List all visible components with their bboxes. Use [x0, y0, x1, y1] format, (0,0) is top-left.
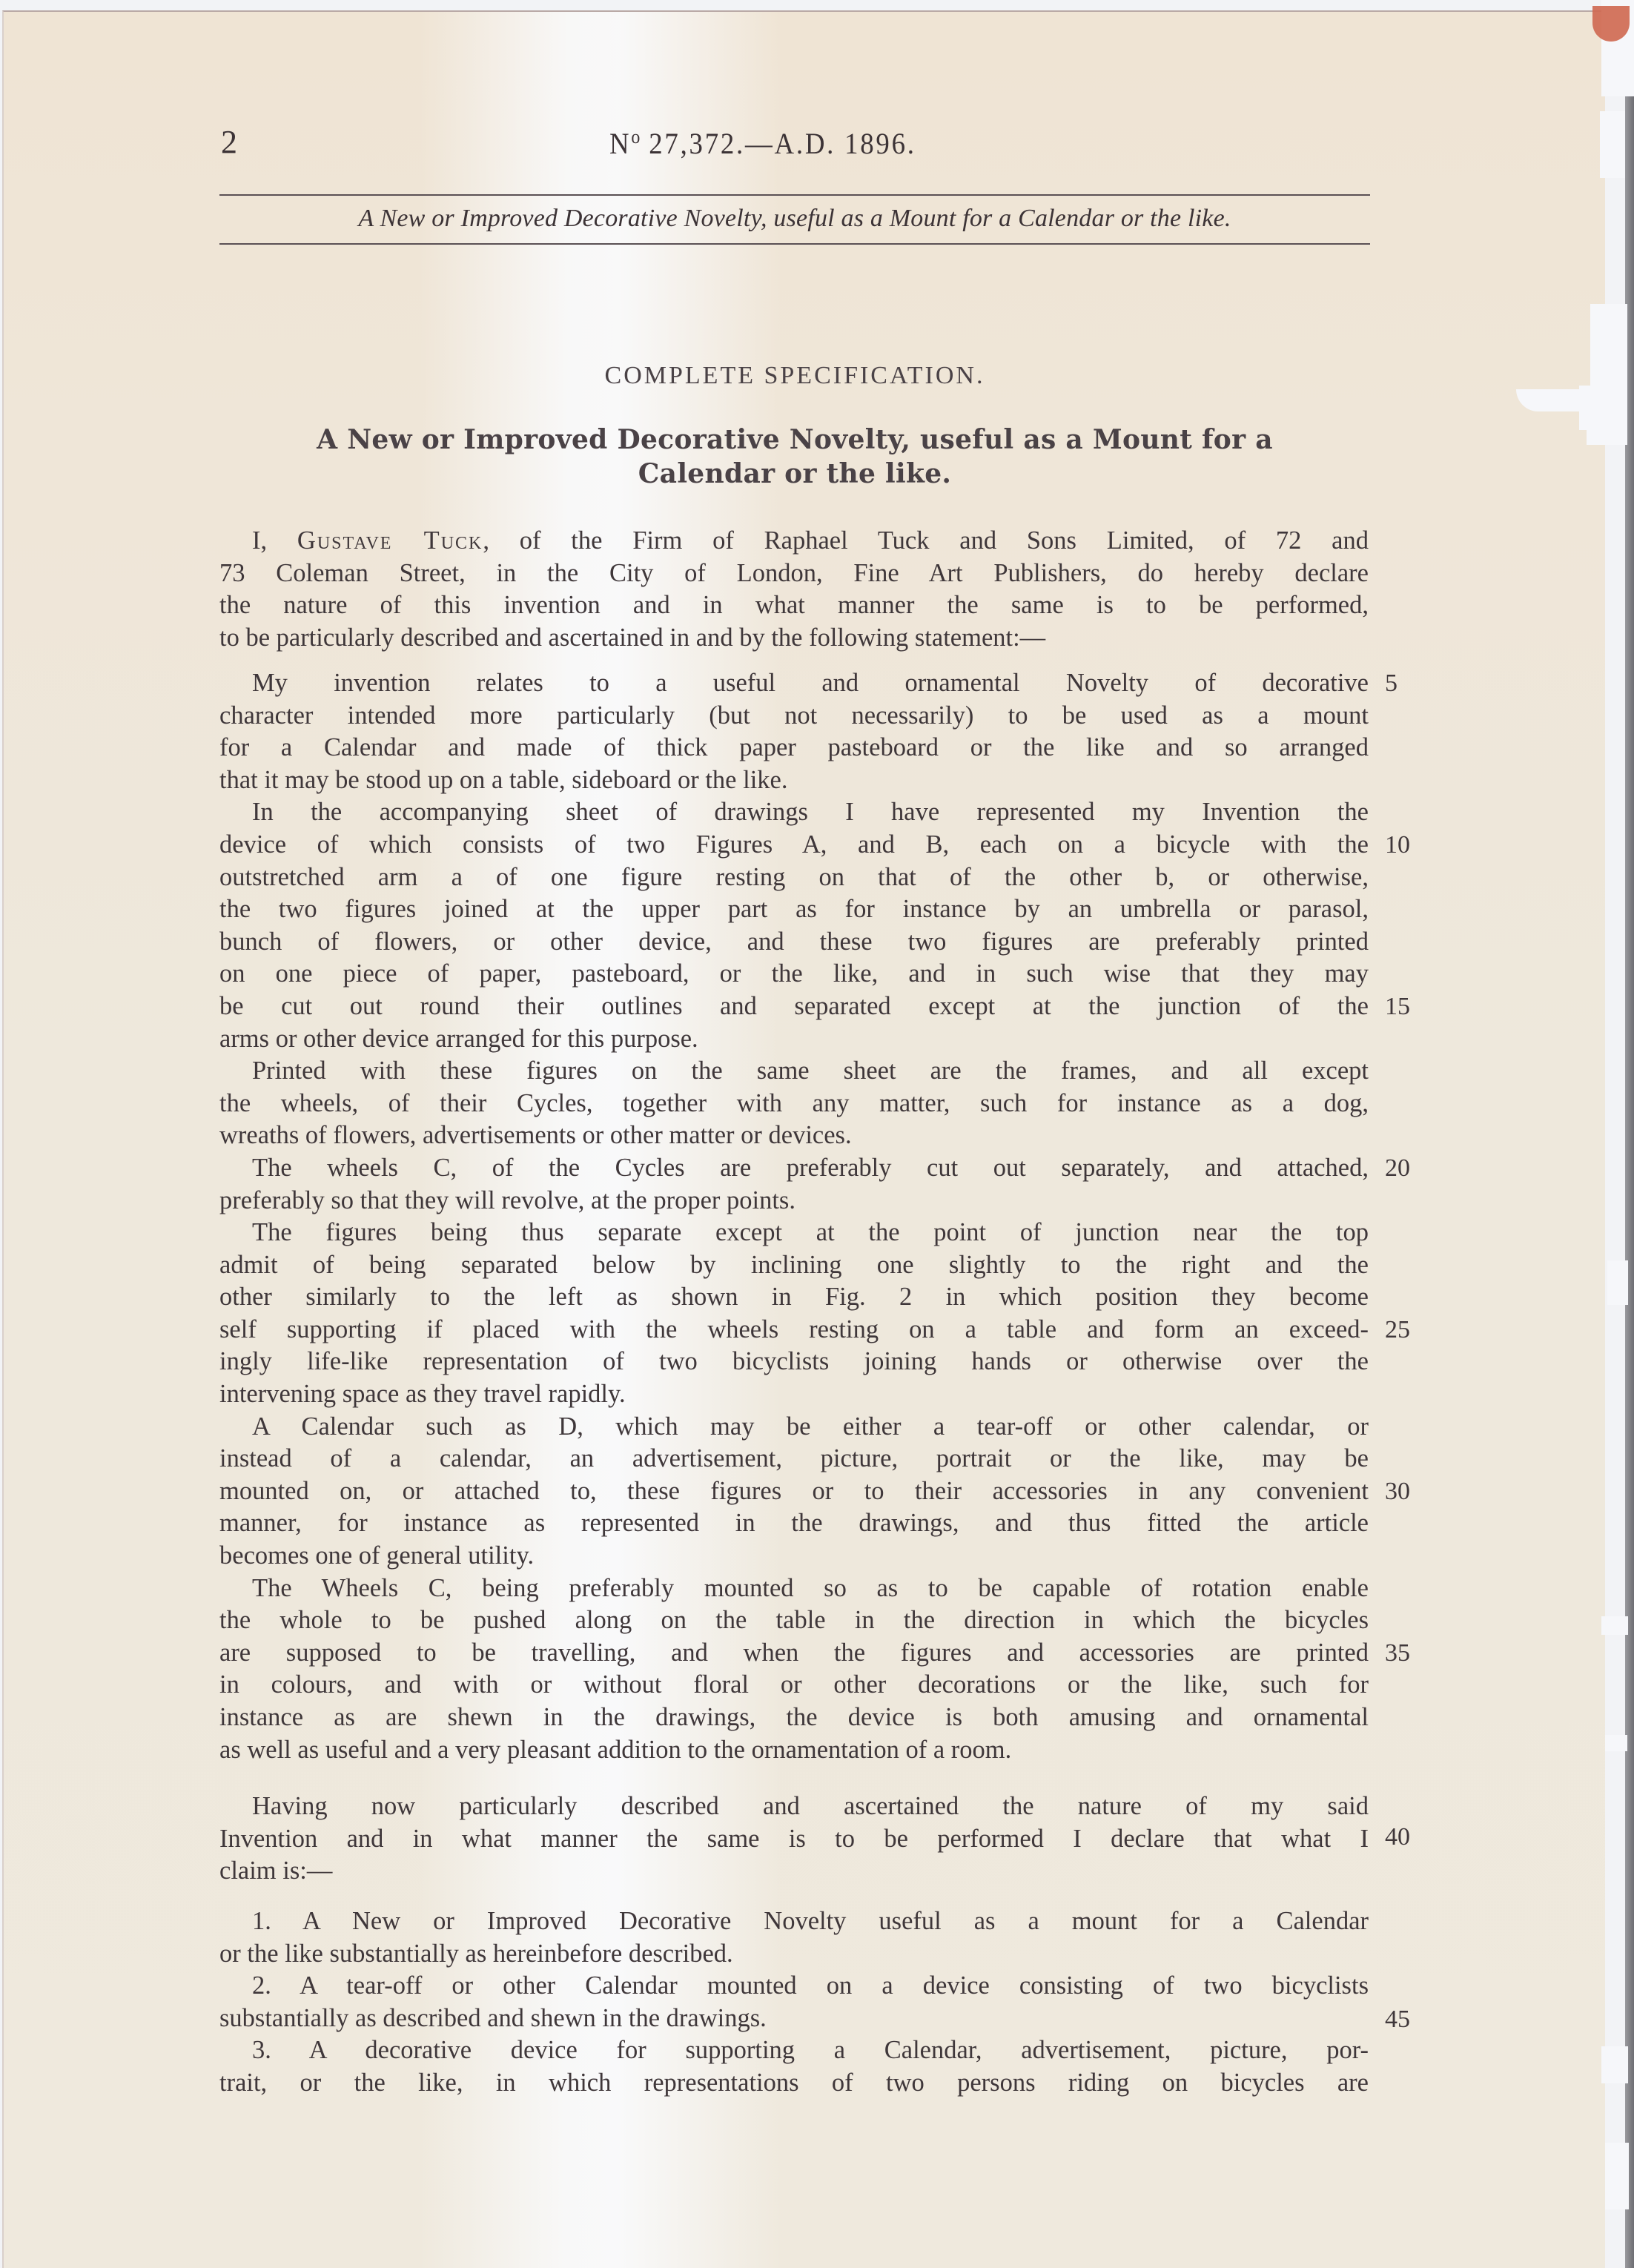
- text-line: instance as are shewn in the drawings, t…: [219, 1702, 1369, 1734]
- text-line: mounted on, or attached to, these figure…: [219, 1475, 1369, 1508]
- text-line: to be particularly described and ascerta…: [219, 622, 1369, 655]
- running-title: A New or Improved Decorative Novelty, us…: [219, 205, 1370, 233]
- claim-line: 3. A decorative device for supporting a …: [219, 2034, 1369, 2067]
- margin-line-number: 25: [1385, 1316, 1410, 1344]
- claims-list: 1. A New or Improved Decorative Novelty …: [219, 1905, 1369, 2100]
- text-span: I,: [252, 526, 297, 555]
- text-line: I, Gustave Tuck, of the Firm of Raphael …: [219, 525, 1369, 558]
- text-line: A Calendar such as D, which may be eithe…: [219, 1411, 1369, 1444]
- text-line: The figures being thus separate except a…: [219, 1217, 1369, 1249]
- text-line: that it may be stood up on a table, side…: [219, 764, 1369, 797]
- text-line: 73 Coleman Street, in the City of London…: [219, 558, 1369, 590]
- margin-line-number: 5: [1385, 670, 1397, 698]
- claim-line: 2. A tear-off or other Calendar mounted …: [219, 1970, 1369, 2003]
- text-line: My invention relates to a useful and orn…: [219, 667, 1369, 700]
- text-line: claim is:—: [219, 1855, 1369, 1888]
- invention-title-line: A New or Improved Decorative Novelty, us…: [219, 423, 1370, 457]
- header-rule-bottom: [219, 243, 1370, 245]
- declaration-paragraph: I, Gustave Tuck, of the Firm of Raphael …: [219, 525, 1369, 654]
- margin-line-number: 40: [1385, 1823, 1410, 1851]
- header-rule-top: [219, 194, 1370, 196]
- text-line: in colours, and with or without floral o…: [219, 1669, 1369, 1702]
- margin-line-number: 45: [1385, 2006, 1410, 2034]
- number-superscript: o: [631, 126, 640, 148]
- margin-line-number: 10: [1385, 831, 1410, 859]
- text-line: the whole to be pushed along on the tabl…: [219, 1604, 1369, 1637]
- claim-line: substantially as described and shewn in …: [219, 2003, 1369, 2035]
- claim-line: or the like substantially as hereinbefor…: [219, 1938, 1369, 1971]
- text-line: The Wheels C, being preferably mounted s…: [219, 1573, 1369, 1605]
- text-line: character intended more particularly (bu…: [219, 700, 1369, 733]
- text-line: as well as useful and a very pleasant ad…: [219, 1734, 1369, 1767]
- text-line: bunch of flowers, or other device, and t…: [219, 926, 1369, 959]
- text-line: intervening space as they travel rapidly…: [219, 1378, 1369, 1411]
- claim-item: 2. A tear-off or other Calendar mounted …: [219, 1970, 1369, 2034]
- patent-number: No 27,372.—A.D. 1896.: [609, 126, 916, 161]
- text-line: arms or other device arranged for this p…: [219, 1023, 1369, 1056]
- text-span: , of the Firm of Raphael Tuck and Sons L…: [483, 526, 1369, 555]
- page-number: 2: [221, 123, 238, 161]
- description-body: My invention relates to a useful and orn…: [219, 667, 1369, 1766]
- text-line: Printed with these figures on the same s…: [219, 1055, 1369, 1088]
- text-line: are supposed to be travelling, and when …: [219, 1637, 1369, 1670]
- invention-title-line: Calendar or the like.: [219, 457, 1370, 491]
- text-line: wreaths of flowers, advertisements or ot…: [219, 1120, 1369, 1152]
- text-line: preferably so that they will revolve, at…: [219, 1185, 1369, 1217]
- text-line: admit of being separated below by inclin…: [219, 1249, 1369, 1282]
- text-line: Having now particularly described and as…: [219, 1791, 1369, 1823]
- claim-preamble: Having now particularly described and as…: [219, 1791, 1369, 1888]
- number-prefix: N: [609, 127, 631, 160]
- section-heading: COMPLETE SPECIFICATION.: [219, 362, 1370, 390]
- number-value: 27,372.—A.D. 1896.: [640, 127, 916, 160]
- patent-page: 2 No 27,372.—A.D. 1896. A New or Improve…: [0, 0, 1634, 2268]
- text-line: be cut out round their outlines and sepa…: [219, 991, 1369, 1023]
- claim-line: 1. A New or Improved Decorative Novelty …: [219, 1905, 1369, 1938]
- text-line: ingly life-like representation of two bi…: [219, 1346, 1369, 1378]
- claim-item: 3. A decorative device for supporting a …: [219, 2034, 1369, 2099]
- text-line: the nature of this invention and in what…: [219, 589, 1369, 622]
- text-line: In the accompanying sheet of drawings I …: [219, 796, 1369, 829]
- margin-line-number: 15: [1385, 993, 1410, 1021]
- inventor-name: Gustave Tuck: [297, 526, 483, 555]
- margin-line-number: 20: [1385, 1154, 1410, 1183]
- text-line: The wheels C, of the Cycles are preferab…: [219, 1152, 1369, 1185]
- text-line: for a Calendar and made of thick paper p…: [219, 732, 1369, 764]
- text-line: instead of a calendar, an advertisement,…: [219, 1443, 1369, 1475]
- invention-title: A New or Improved Decorative Novelty, us…: [219, 423, 1370, 491]
- margin-line-number: 35: [1385, 1639, 1410, 1667]
- claim-line: trait, or the like, in which representat…: [219, 2067, 1369, 2100]
- text-line: manner, for instance as represented in t…: [219, 1507, 1369, 1540]
- text-line: becomes one of general utility.: [219, 1540, 1369, 1573]
- text-line: Invention and in what manner the same is…: [219, 1823, 1369, 1856]
- text-line: the two figures joined at the upper part…: [219, 893, 1369, 926]
- text-line: other similarly to the left as shown in …: [219, 1281, 1369, 1314]
- text-line: device of which consists of two Figures …: [219, 829, 1369, 862]
- text-line: on one piece of paper, pasteboard, or th…: [219, 958, 1369, 991]
- text-line: self supporting if placed with the wheel…: [219, 1314, 1369, 1346]
- text-line: the wheels, of their Cycles, together wi…: [219, 1088, 1369, 1120]
- text-line: outstretched arm a of one figure resting…: [219, 862, 1369, 894]
- margin-line-number: 30: [1385, 1478, 1410, 1506]
- claim-item: 1. A New or Improved Decorative Novelty …: [219, 1905, 1369, 1970]
